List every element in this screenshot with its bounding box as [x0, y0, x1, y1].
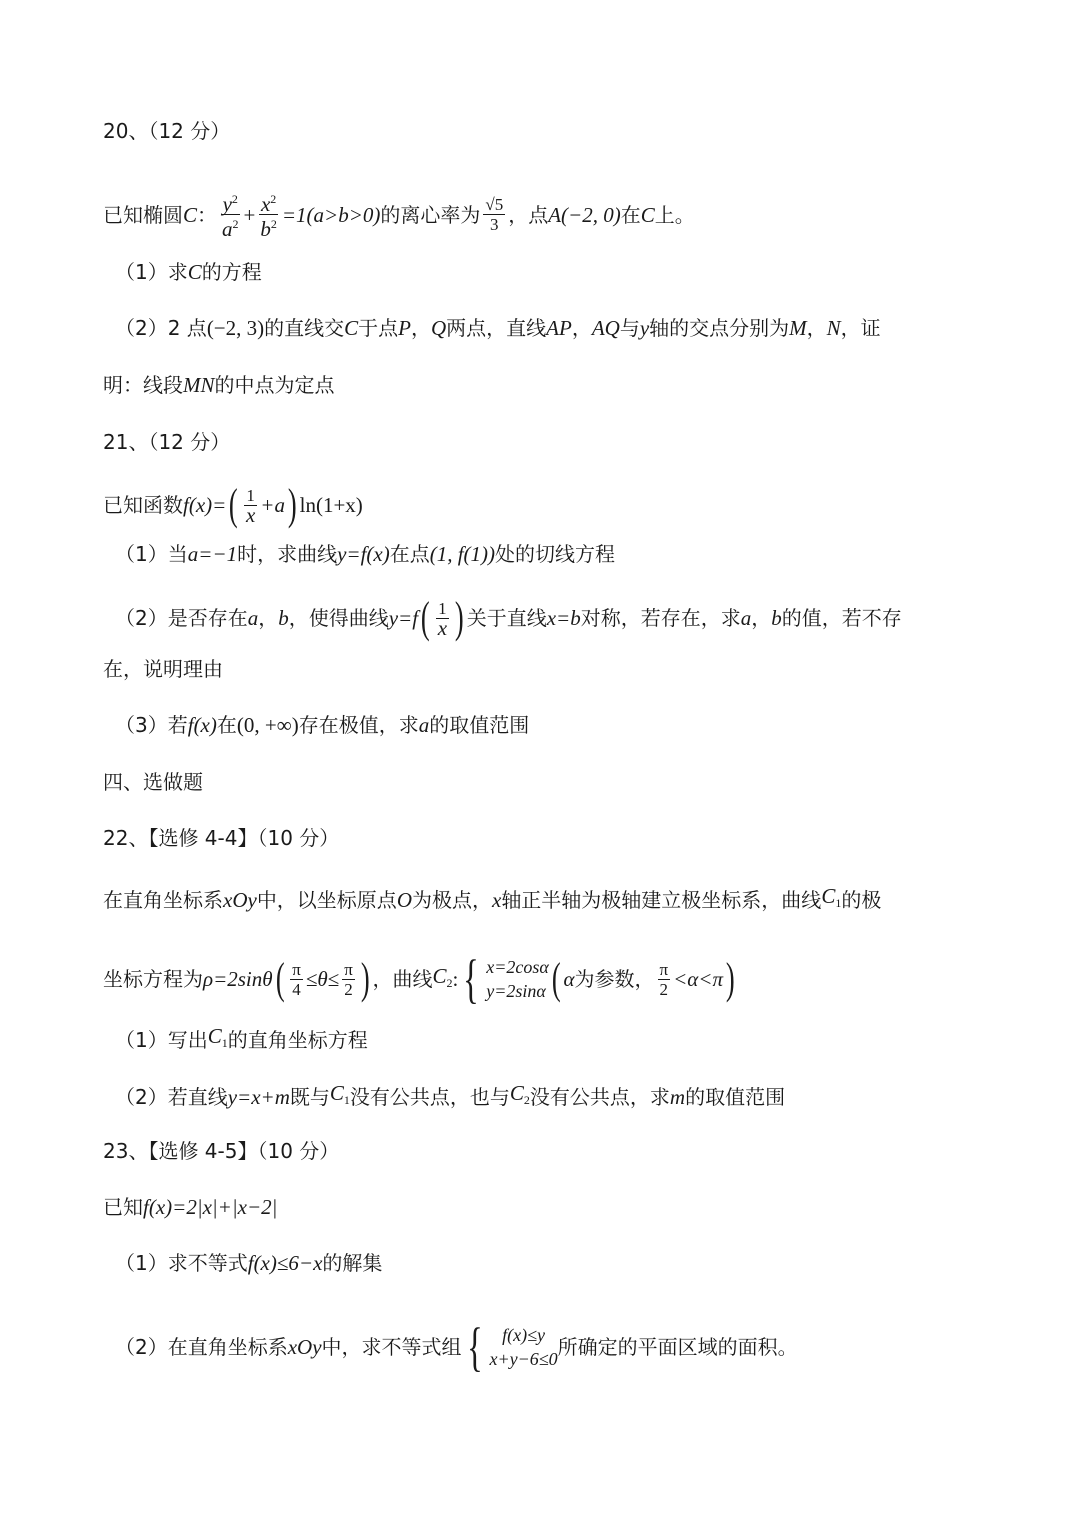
q20-part2-line1: （2）2 点 (−2, 3) 的直线交 C 于点 P ， Q 两点，直线 AP … — [115, 314, 881, 342]
denominator: 2 — [342, 980, 355, 999]
section-title-text: 四、选做题 — [103, 768, 203, 796]
text: 处的切线方程 — [495, 540, 615, 568]
text: 的方程 — [202, 258, 262, 286]
plus: + — [244, 201, 256, 229]
denominator: 2 — [658, 980, 671, 999]
fraction-y2-a2: y2 a2 — [220, 190, 241, 239]
var-M: M — [789, 314, 807, 342]
text: ： — [197, 201, 217, 229]
C: C — [432, 964, 446, 988]
text: 为极点， — [412, 886, 492, 914]
fraction-x2-b2: x2 b2 — [258, 190, 279, 239]
interval: (0, +∞) — [237, 711, 299, 739]
fraction-1-over-x: 1 x — [436, 599, 449, 638]
text: 没有公共点，求 — [530, 1083, 670, 1111]
q20-header-text: 20、（12 分） — [103, 117, 230, 145]
var-b: b — [278, 604, 289, 632]
q21-stem: 已知函数 f(x)= ( 1 x +a ) ln(1+x) — [103, 483, 363, 527]
polar-equation: ρ=2sinθ — [203, 965, 273, 993]
text: 已知椭圆 — [103, 201, 183, 229]
var-b: b — [260, 217, 271, 241]
C: C — [330, 1081, 344, 1105]
right-paren: ) — [455, 596, 464, 640]
text: 明：线段 — [103, 371, 183, 399]
q22-header-text: 22、【选修 4-4】（10 分） — [103, 824, 339, 852]
eq-y: y=2sinα — [486, 979, 549, 1003]
function: f(x)=2|x|+|x−2| — [143, 1193, 277, 1221]
text: （2）在直角坐标系 — [115, 1333, 288, 1361]
text: 在 — [621, 201, 641, 229]
text: 对称，若存在，求 — [581, 604, 741, 632]
inequality: <α<π — [673, 965, 723, 993]
eq-x: x=2cosα — [486, 955, 549, 979]
denominator: x — [244, 506, 257, 525]
text: 的极 — [841, 886, 881, 914]
fraction-pi-4: π 4 — [290, 960, 303, 999]
inequality: f(x)≤6−x — [248, 1249, 323, 1277]
text: 已知 — [103, 1193, 143, 1221]
var-b: b — [771, 604, 782, 632]
var-C2: C2 — [510, 1079, 530, 1114]
sup: 2 — [233, 217, 239, 231]
left-brace: { — [467, 1320, 483, 1374]
text: （2）2 点 — [115, 314, 207, 342]
line-eq: x=b — [547, 604, 581, 632]
text: 在点 — [390, 540, 430, 568]
var-alpha: α — [563, 965, 574, 993]
text: 的中点为定点 — [215, 371, 335, 399]
fraction-eccentricity: √5 3 — [483, 195, 505, 234]
text: 在 — [217, 711, 237, 739]
text: （1）写出 — [115, 1026, 208, 1054]
q21-part2-line2: 在，说明理由 — [103, 655, 223, 683]
text: ， — [572, 314, 592, 342]
ineq-1: f(x)≤y — [502, 1323, 545, 1347]
var-a: a — [222, 217, 233, 241]
var-C1: C1 — [821, 882, 841, 917]
left-paren: ( — [229, 483, 238, 527]
q21-part1: （1）当 a=−1 时，求曲线 y=f(x) 在点 (1, f(1)) 处的切线… — [115, 540, 615, 568]
var-C: C — [183, 201, 197, 229]
q21-part2-line1: （2）是否存在 a ， b ，使得曲线 y=f ( 1 x ) 关于直线 x=b… — [115, 596, 902, 640]
numerator: π — [342, 960, 355, 980]
text: ，证 — [841, 314, 881, 342]
fraction-pi-2: π 2 — [342, 960, 355, 999]
text: ， — [411, 314, 431, 342]
point: (−2, 3) — [207, 314, 264, 342]
q22-part2: （2）若直线 y=x+m 既与 C1 没有公共点，也与 C2 没有公共点，求 m… — [115, 1079, 785, 1114]
var-C1: C1 — [330, 1079, 350, 1114]
text: 的离心率为 — [380, 201, 480, 229]
denominator: x — [436, 619, 449, 638]
text: 的直角坐标方程 — [228, 1026, 368, 1054]
C: C — [510, 1081, 524, 1105]
q22-stem-line1: 在直角坐标系 xOy 中，以坐标原点 O 为极点， x 轴正半轴为极轴建立极坐标… — [103, 882, 881, 917]
var-a: a — [248, 604, 259, 632]
colon: : — [452, 965, 458, 993]
var-m: m — [670, 1083, 685, 1111]
plus-a: +a — [260, 491, 285, 519]
q21-header-text: 21、（12 分） — [103, 428, 230, 456]
var-xOy: xOy — [223, 886, 257, 914]
text: 的取值范围 — [685, 1083, 785, 1111]
var-x: x — [492, 886, 501, 914]
ineq-2: x+y−6≤0 — [489, 1347, 557, 1371]
C: C — [821, 884, 835, 908]
text: 与 — [620, 314, 640, 342]
text: ，曲线 — [372, 965, 432, 993]
text: 的值，若不存 — [782, 604, 902, 632]
var-N: N — [827, 314, 841, 342]
text: 时，求曲线 — [237, 540, 337, 568]
fraction-pi-2: π 2 — [658, 960, 671, 999]
text: 所确定的平面区域的面积。 — [558, 1333, 798, 1361]
q20-stem: 已知椭圆 C ： y2 a2 + x2 b2 =1(a>b>0) 的离心率为 √… — [103, 190, 695, 239]
text: 的直线交 — [264, 314, 344, 342]
text: （2）若直线 — [115, 1083, 228, 1111]
text: （1）求 — [115, 258, 188, 286]
text: ， — [258, 604, 278, 632]
q22-header: 22、【选修 4-4】（10 分） — [103, 824, 339, 852]
line-eq: y=x+m — [228, 1083, 290, 1111]
var-MN: MN — [183, 371, 215, 399]
ln-term: ln(1+x) — [300, 491, 363, 519]
text: （2）是否存在 — [115, 604, 248, 632]
text: （1）求不等式 — [115, 1249, 248, 1277]
q22-part1: （1）写出 C1 的直角坐标方程 — [115, 1022, 368, 1057]
denominator: 4 — [290, 980, 303, 999]
condition: a=−1 — [188, 540, 237, 568]
text: 上。 — [655, 201, 695, 229]
inequality-system: f(x)≤y x+y−6≤0 — [489, 1323, 557, 1371]
left-paren: ( — [276, 957, 285, 1001]
function: f(x)= — [183, 491, 226, 519]
right-paren: ) — [361, 957, 370, 1001]
q22-stem-line2: 坐标方程为 ρ=2sinθ ( π 4 ≤θ≤ π 2 ) ，曲线 C2 : {… — [103, 952, 738, 1006]
q20-part2-line2: 明：线段 MN 的中点为定点 — [103, 371, 335, 399]
point: (1, f(1)) — [430, 540, 495, 568]
denominator: 3 — [488, 215, 501, 234]
sqrt5: √5 — [483, 195, 505, 215]
q21-part3: （3）若 f(x) 在 (0, +∞) 存在极值，求 a 的取值范围 — [115, 711, 529, 739]
q21-header: 21、（12 分） — [103, 428, 230, 456]
fraction-1-over-x: 1 x — [244, 486, 257, 525]
text: 的解集 — [322, 1249, 382, 1277]
q20-header: 20、（12 分） — [103, 117, 230, 145]
text: 中，以坐标原点 — [257, 886, 397, 914]
point-A: A(−2, 0) — [548, 201, 621, 229]
sup: 2 — [232, 192, 238, 206]
left-paren: ( — [552, 957, 561, 1001]
var-xOy: xOy — [288, 1333, 322, 1361]
text: 轴的交点分别为 — [649, 314, 789, 342]
left-brace: { — [463, 952, 479, 1006]
text: （3）若 — [115, 711, 188, 739]
text: ，使得曲线 — [289, 604, 389, 632]
text: ， — [807, 314, 827, 342]
text: 两点，直线 — [446, 314, 546, 342]
q23-part1: （1）求不等式 f(x)≤6−x 的解集 — [115, 1249, 382, 1277]
var-P: P — [398, 314, 411, 342]
var-x: x — [261, 192, 270, 216]
var-a: a — [419, 711, 430, 739]
curve: y=f — [389, 604, 418, 632]
text: ，点 — [508, 201, 548, 229]
equation: =1(a>b>0) — [282, 201, 381, 229]
text: 坐标方程为 — [103, 965, 203, 993]
C: C — [208, 1024, 222, 1048]
numerator: π — [658, 960, 671, 980]
var-C: C — [641, 201, 655, 229]
left-paren: ( — [421, 596, 430, 640]
var-AP: AP — [546, 314, 572, 342]
q23-stem: 已知 f(x)=2|x|+|x−2| — [103, 1193, 277, 1221]
var-Q: Q — [431, 314, 446, 342]
numerator: π — [290, 960, 303, 980]
q20-part1: （1）求 C 的方程 — [115, 258, 262, 286]
text: 既与 — [290, 1083, 330, 1111]
text: 在，说明理由 — [103, 655, 223, 683]
var-C: C — [344, 314, 358, 342]
text: 在直角坐标系 — [103, 886, 223, 914]
section-title: 四、选做题 — [103, 768, 203, 796]
var-C2: C2 — [432, 962, 452, 997]
var-AQ: AQ — [592, 314, 620, 342]
text: 关于直线 — [467, 604, 547, 632]
text: 没有公共点，也与 — [350, 1083, 510, 1111]
var-a: a — [741, 604, 752, 632]
var-y: y — [223, 192, 232, 216]
function: f(x) — [188, 711, 217, 739]
text: 的取值范围 — [429, 711, 529, 739]
text: 于点 — [358, 314, 398, 342]
text: 已知函数 — [103, 491, 183, 519]
sup: 2 — [271, 217, 277, 231]
var-C1: C1 — [208, 1022, 228, 1057]
text: 存在极值，求 — [299, 711, 419, 739]
var-O: O — [397, 886, 412, 914]
var-y: y — [640, 314, 649, 342]
q23-part2: （2）在直角坐标系 xOy 中，求不等式组 { f(x)≤y x+y−6≤0 所… — [115, 1320, 798, 1374]
q23-header-text: 23、【选修 4-5】（10 分） — [103, 1137, 339, 1165]
var-C: C — [188, 258, 202, 286]
text: 中，求不等式组 — [322, 1333, 462, 1361]
q23-header: 23、【选修 4-5】（10 分） — [103, 1137, 339, 1165]
inequality: ≤θ≤ — [306, 965, 339, 993]
sup: 2 — [270, 192, 276, 206]
text: （1）当 — [115, 540, 188, 568]
right-paren: ) — [288, 483, 297, 527]
text: ， — [751, 604, 771, 632]
text: 为参数， — [575, 965, 655, 993]
curve: y=f(x) — [337, 540, 390, 568]
text: 轴正半轴为极轴建立极坐标系，曲线 — [501, 886, 821, 914]
right-paren: ) — [726, 957, 735, 1001]
parametric-system: x=2cosα y=2sinα — [486, 955, 549, 1003]
